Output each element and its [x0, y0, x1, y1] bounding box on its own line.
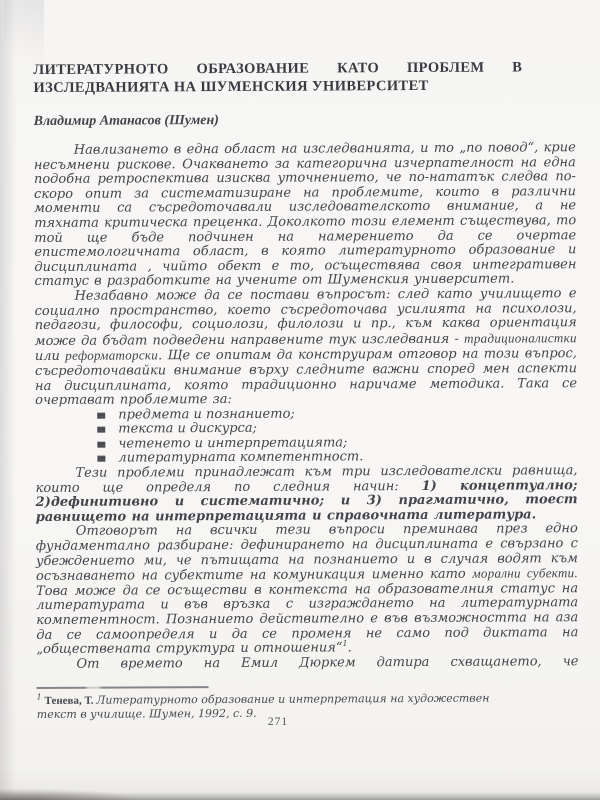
paragraph: Тези проблеми принадлежат към три изслед…: [35, 464, 577, 525]
text-run-plain: или: [35, 349, 66, 364]
text-run-em: традиционалистки: [464, 330, 577, 346]
body-text: Навлизането в една област на изследвания…: [34, 141, 579, 672]
scan-bottom-left-shade: [0, 788, 140, 800]
article-title: ЛИТЕРАТУРНОТО ОБРАЗОВАНИЕ КАТО ПРОБЛЕМ В…: [33, 59, 522, 97]
text-run-plain: .: [348, 641, 352, 656]
scan-left-edge-shadow: [0, 0, 16, 800]
text-run-plain: От времето на Емил Дюркем датира схващан…: [76, 654, 578, 672]
paragraph: Навлизането в една област на изследвания…: [34, 141, 577, 290]
footnote-separator-rule: [37, 686, 209, 689]
text-run-plain: Това може да се осъществи в контекста на…: [36, 581, 578, 657]
bullet-item-label: четенето и интерпретацията;: [118, 435, 347, 451]
page-content: ЛИТЕРАТУРНОТО ОБРАЗОВАНИЕ КАТО ПРОБЛЕМ В…: [33, 0, 579, 721]
text-run-plain: Навлизането в една област на изследвания…: [34, 140, 577, 289]
scan-bottom-edge-shadow: [0, 792, 600, 800]
bullet-square-icon: [97, 442, 105, 448]
bullet-square-icon: [97, 456, 105, 462]
author-line: Владимир Атанасов (Шумен): [34, 111, 576, 130]
bullet-item-label: предмета и познанието;: [118, 406, 295, 422]
article-title-line2: ИЗСЛЕДВАНИЯТА НА ШУМЕНСКИЯ УНИВЕРСИТЕТ: [33, 77, 522, 97]
paragraph: Отговорът на всички тези въпроси премина…: [36, 523, 579, 658]
paragraph: Незабавно може да се постави въпросът: с…: [35, 287, 578, 409]
paragraph: От времето на Емил Дюркем датира схващан…: [36, 655, 578, 672]
text-run-em: морални субекти.: [472, 565, 578, 581]
bullet-square-icon: [97, 412, 105, 418]
page-number: 271: [0, 716, 556, 728]
text-run-em: реформаторски: [65, 348, 158, 363]
text-run-bold-name: Тенева, Т.: [42, 695, 97, 707]
bullet-square-icon: [97, 427, 105, 433]
bullet-item-label: текста и дискурса;: [118, 421, 257, 437]
article-title-line1: ЛИТЕРАТУРНОТО ОБРАЗОВАНИЕ КАТО ПРОБЛЕМ В: [33, 59, 522, 79]
scanned-document-page: ЛИТЕРАТУРНОТО ОБРАЗОВАНИЕ КАТО ПРОБЛЕМ В…: [0, 0, 600, 800]
